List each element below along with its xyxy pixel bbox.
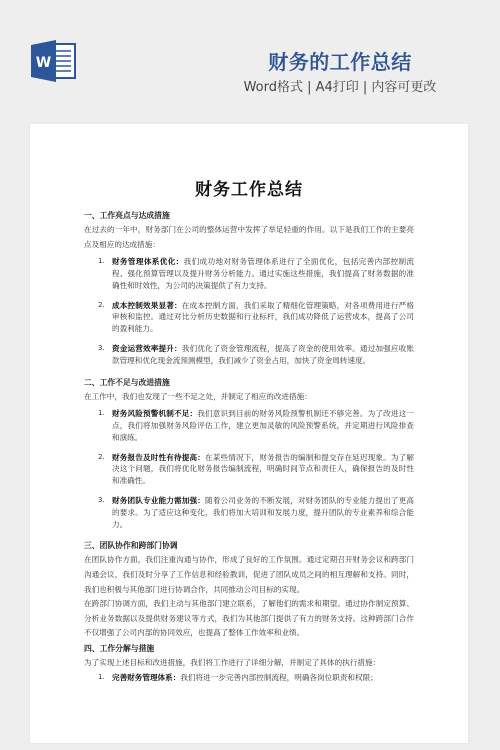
section-highlights: 一、工作亮点与达成措施 在过去的一年中，财务部门在公司的整体运营中发挥了举足轻重… — [84, 208, 414, 367]
section-intro: 在工作中，我们也发现了一些不足之处，并制定了相应的改进措施： — [84, 390, 414, 405]
section-breakdown: 四、工作分解与措施 为了实现上述目标和改进措施，我们将工作进行了详细分解，并制定… — [84, 641, 414, 684]
list-item: 1. 财务管理体系优化：我们成功地对财务管理体系进行了全面优化，包括完善内部控制… — [98, 256, 414, 291]
list-item: 1. 财务风险预警机制不足：我们意识到目前的财务风险预警机制还不够完善。为了改进… — [98, 408, 414, 443]
list-item: 2. 成本控制效果显著：在成本控制方面，我们采取了精细化管理策略，对各项费用进行… — [98, 300, 414, 335]
item-text: 我们将进一步完善内部控制流程，明确各岗位职责和权限； — [180, 673, 377, 682]
item-lead: 成本控制效果显著： — [112, 301, 182, 310]
list-number: 1. — [98, 408, 112, 443]
section-heading: 二、工作不足与改进措施 — [84, 375, 414, 390]
section-intro: 为了实现上述目标和改进措施，我们将工作进行了详细分解，并制定了具体的执行措施： — [84, 656, 414, 671]
paragraph: 在跨部门协调方面，我们主动与其他部门建立联系，了解他们的需求和期望。通过协作制定… — [84, 597, 414, 641]
item-lead: 财务风险预警机制不足： — [112, 409, 197, 418]
header-banner: W 财务的工作总结 Word格式 | A4打印 | 内容可更改 — [0, 0, 500, 120]
list-number: 2. — [98, 452, 112, 487]
section-heading: 四、工作分解与措施 — [84, 641, 414, 656]
item-lead: 资金运营效率提升： — [112, 344, 182, 353]
numbered-list: 1. 完善财务管理体系：我们将进一步完善内部控制流程，明确各岗位职责和权限； — [84, 672, 414, 684]
list-item: 2. 财务报告及时性有待提高：在某些情况下，财务报告的编制和提交存在延迟现象。为… — [98, 452, 414, 487]
section-improvements: 二、工作不足与改进措施 在工作中，我们也发现了一些不足之处，并制定了相应的改进措… — [84, 375, 414, 531]
page-heading: 财务的工作总结 — [0, 46, 500, 75]
section-heading: 一、工作亮点与达成措施 — [84, 208, 414, 223]
format-subtitle: Word格式 | A4打印 | 内容可更改 — [0, 76, 500, 95]
list-item: 3. 财务团队专业能力需加强：随着公司业务的不断发展，对财务团队的专业能力提出了… — [98, 495, 414, 530]
document-body: 一、工作亮点与达成措施 在过去的一年中，财务部门在公司的整体运营中发挥了举足轻重… — [84, 208, 414, 692]
list-number: 1. — [98, 672, 112, 684]
section-heading: 三、团队协作和跨部门协调 — [84, 538, 414, 553]
paragraph: 在团队协作方面，我们注重沟通与协作，形成了良好的工作氛围。通过定期召开财务会议和… — [84, 553, 414, 597]
list-number: 1. — [98, 256, 112, 291]
list-number: 3. — [98, 343, 112, 367]
item-lead: 财务报告及时性有待提高： — [112, 453, 205, 462]
list-number: 3. — [98, 495, 112, 530]
list-item: 3. 资金运营效率提升：我们优化了资金管理流程，提高了资金的使用效率。通过加强应… — [98, 343, 414, 367]
document-title: 财务工作总结 — [30, 175, 468, 200]
section-intro: 在过去的一年中，财务部门在公司的整体运营中发挥了举足轻重的作用。以下是我们工作的… — [84, 223, 414, 252]
section-teamwork: 三、团队协作和跨部门协调 在团队协作方面，我们注重沟通与协作，形成了良好的工作氛… — [84, 538, 414, 641]
list-number: 2. — [98, 300, 112, 335]
numbered-list: 1. 财务管理体系优化：我们成功地对财务管理体系进行了全面优化，包括完善内部控制… — [84, 256, 414, 366]
list-item: 1. 完善财务管理体系：我们将进一步完善内部控制流程，明确各岗位职责和权限； — [98, 672, 414, 684]
item-lead: 财务团队专业能力需加强： — [112, 496, 205, 505]
item-lead: 完善财务管理体系： — [112, 673, 180, 682]
document-page: 财务工作总结 一、工作亮点与达成措施 在过去的一年中，财务部门在公司的整体运营中… — [30, 124, 468, 743]
item-lead: 财务管理体系优化： — [112, 257, 184, 266]
numbered-list: 1. 财务风险预警机制不足：我们意识到目前的财务风险预警机制还不够完善。为了改进… — [84, 408, 414, 530]
